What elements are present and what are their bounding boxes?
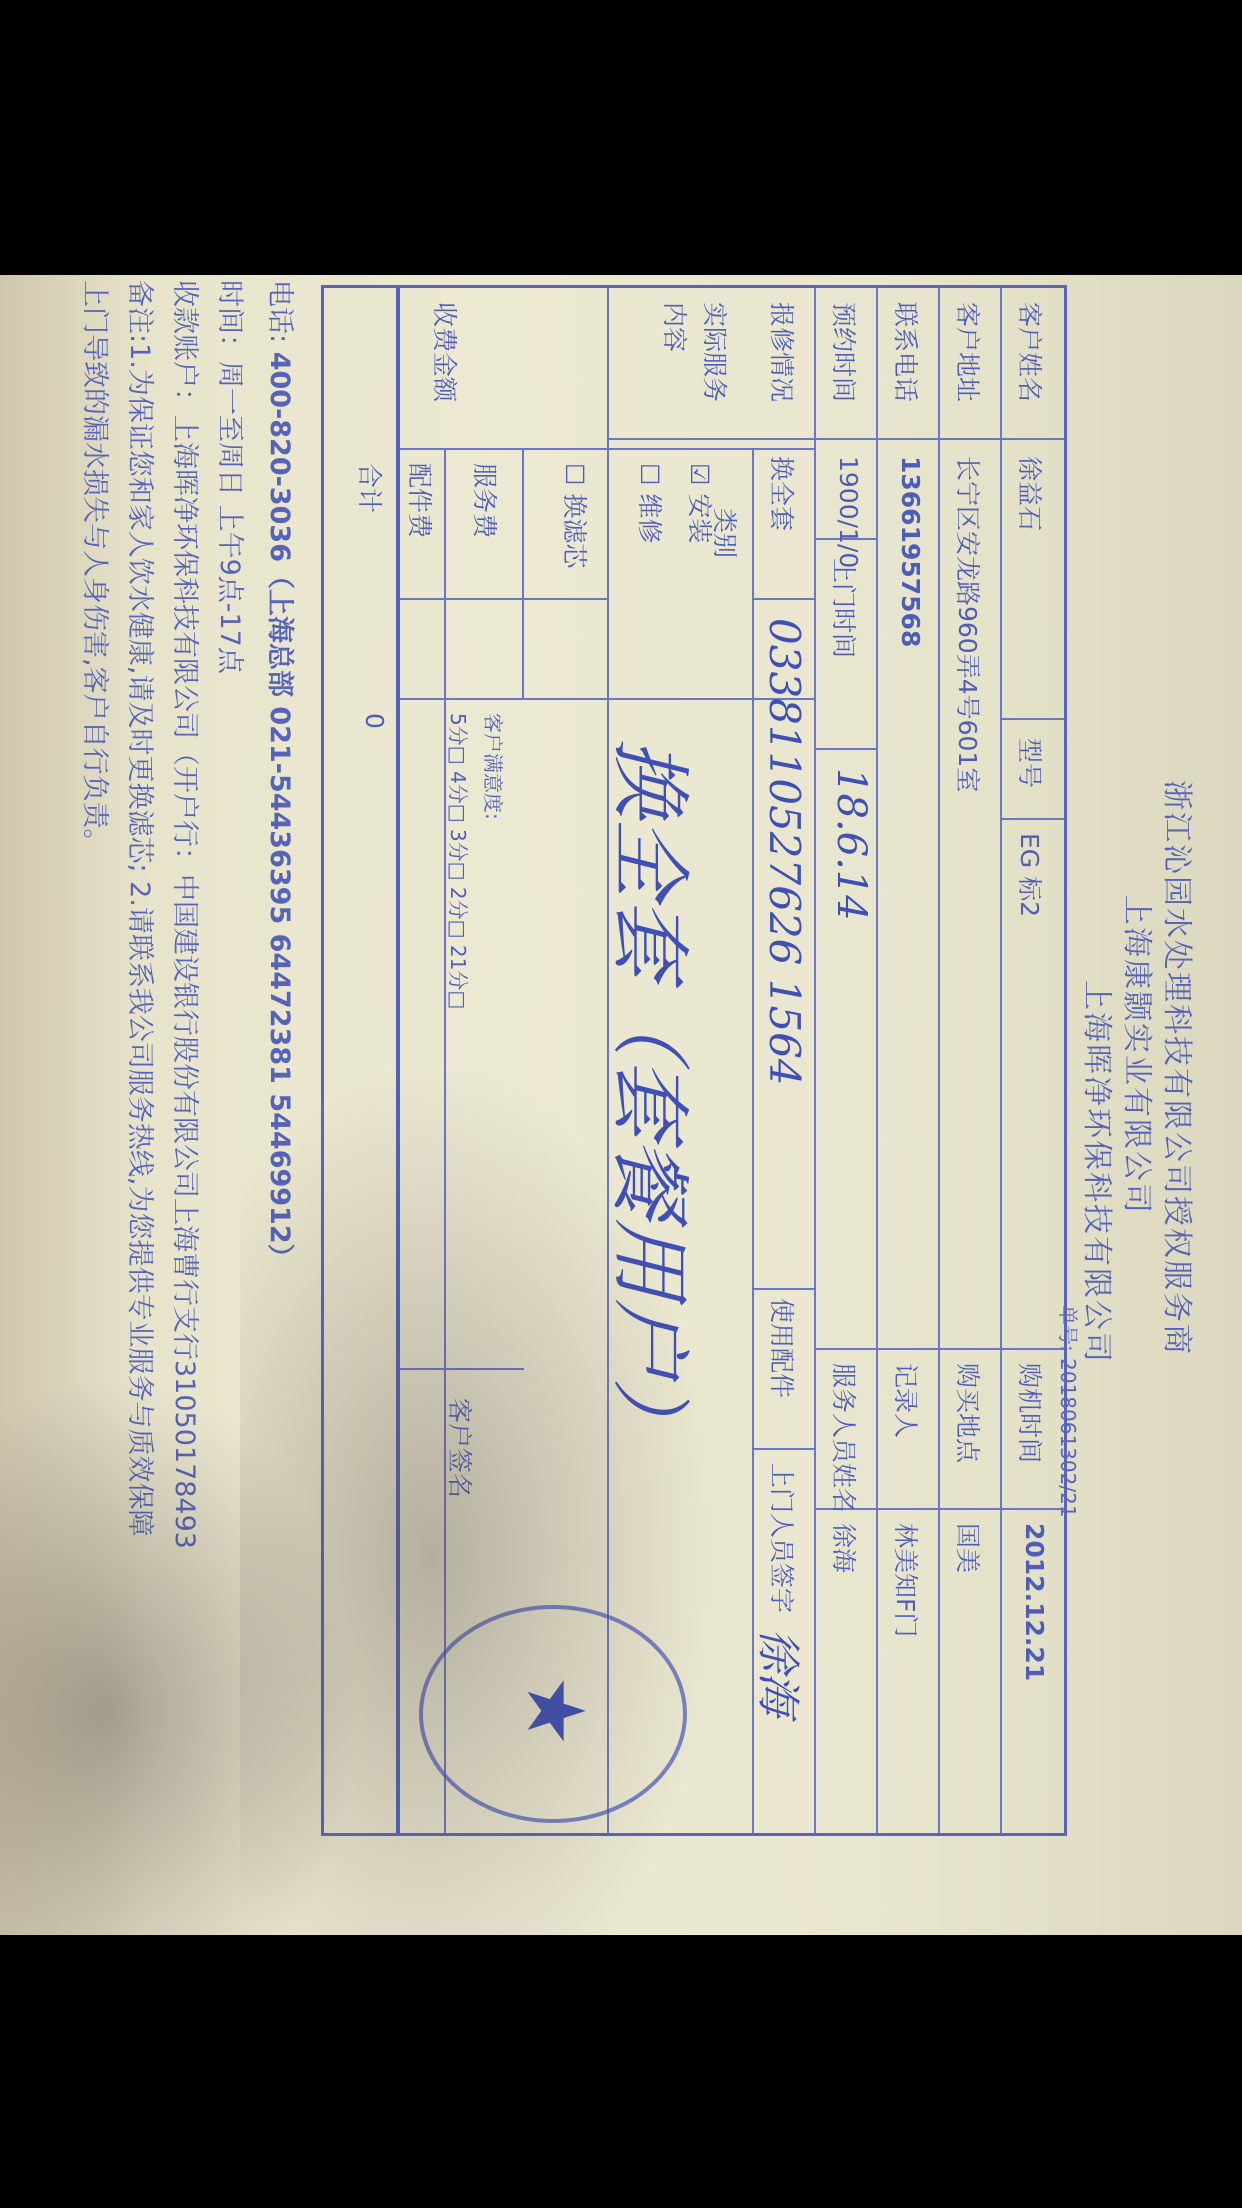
option-install: ☑ 安装	[683, 463, 719, 543]
appointment-label: 预约时间	[827, 302, 863, 402]
col-divider	[400, 698, 816, 700]
col-divider	[400, 1368, 524, 1370]
charge-label: 收费金额	[428, 302, 464, 402]
customer-name-label: 客户姓名	[1013, 302, 1049, 402]
visitor-sign-label: 上门人员签字	[765, 1463, 801, 1613]
document-photo: 浙江沁园水处理科技有限公司授权服务商 上海康颢实业有限公司 上海晖净环保科技有限…	[0, 275, 1242, 1935]
row-divider	[444, 448, 446, 1833]
parts-fee-label: 配件费	[403, 463, 439, 538]
purchase-time-value: 2012.12.21	[1020, 1523, 1049, 1681]
row-divider	[522, 448, 524, 698]
model-label: 型号	[1013, 738, 1049, 788]
col-divider	[816, 748, 878, 750]
seal-star-icon: ★	[509, 1675, 602, 1747]
col-divider	[1002, 818, 1064, 820]
note-line-2: 上门导致的漏水损失与人身伤害,客户自行负责。	[78, 280, 117, 856]
parts-used-label: 使用配件	[765, 1298, 801, 1398]
satisfaction-label: 客户满意度:	[480, 713, 509, 820]
hotline-label: 电话:	[264, 280, 295, 343]
service-form-table: 客户姓名 徐益石 型号 EG 标2 购机时间 2012.12.21 客户地址 长…	[321, 285, 1067, 1836]
hotline-line: 电话: 400-820-3036（上海总部 021-54436395 64472…	[263, 280, 302, 1271]
form-bottom-rule	[396, 288, 400, 1833]
bank-account-line: 收款账户：上海晖净环保科技有限公司（开户行：中国建设银行股份有限公司上海曹行支行…	[168, 280, 207, 1549]
phone-label: 联系电话	[889, 302, 925, 402]
service-fee-label: 服务费	[468, 463, 504, 538]
row-divider	[938, 288, 940, 1833]
service-form-sheet: 浙江沁园水处理科技有限公司授权服务商 上海康颢实业有限公司 上海晖净环保科技有限…	[0, 275, 1242, 1935]
visit-time-label: 上门时间	[827, 558, 863, 658]
customer-name-value: 徐益石	[1013, 456, 1049, 531]
model-value: EG 标2	[1013, 833, 1049, 917]
hotline-value: 400-820-3036（上海总部 021-54436395 64472381 …	[264, 352, 295, 1271]
option-filter-label: 换滤芯	[560, 493, 589, 568]
visit-time-value: 18.6.14	[828, 768, 874, 921]
col-divider	[400, 598, 609, 600]
staff-name-label: 服务人员姓名	[827, 1363, 863, 1513]
purchase-time-label: 购机时间	[1013, 1363, 1049, 1463]
row-divider	[876, 288, 878, 1833]
note-line-1: 备注:1.为保证您和家人饮水健康,请及时更换滤芯; 2.请联系我公司服务热线,为…	[123, 280, 162, 1536]
handwritten-service-note: 换全套（套餐用户）	[599, 738, 714, 1458]
col-divider	[1002, 718, 1064, 720]
phone-value: 13661957568	[896, 456, 925, 647]
black-letterbox-bottom	[0, 1935, 1242, 2208]
col-divider	[754, 1288, 816, 1290]
address-label: 客户地址	[951, 302, 987, 402]
option-repair-label: 维修	[635, 493, 664, 543]
product-code-value: 0338110527626 1564	[760, 618, 809, 1086]
recorder-label: 记录人	[889, 1363, 925, 1438]
customer-sign-label: 客户签名	[443, 1398, 479, 1498]
repair-status-label: 报修情况	[765, 302, 801, 402]
header-company-1: 上海康颢实业有限公司	[1118, 895, 1162, 1215]
actual-service-label: 实际服务内容	[654, 302, 734, 422]
col-divider	[400, 448, 816, 450]
col-divider	[754, 1448, 816, 1450]
total-value: 0	[360, 713, 389, 729]
row-divider	[814, 288, 816, 1833]
purchase-place-label: 购买地点	[951, 1363, 987, 1463]
staff-name-value: 徐海	[827, 1523, 863, 1573]
row-divider	[1000, 288, 1002, 1833]
header-authorized-dealer: 浙江沁园水处理科技有限公司授权服务商	[1158, 780, 1202, 1356]
col-divider	[609, 438, 1064, 440]
col-divider	[754, 598, 816, 600]
total-label: 合计	[353, 463, 389, 513]
option-repair: ☐ 维修	[633, 463, 669, 543]
visitor-signature: 徐海	[750, 1628, 814, 1716]
satisfaction-options: 5分□ 4分□ 3分□ 2分□ 21分□	[445, 713, 474, 1009]
appointment-value: 1900/1/0	[834, 456, 863, 568]
black-letterbox-top	[0, 0, 1242, 275]
option-install-label: 安装	[685, 493, 714, 543]
col-divider	[816, 1348, 1064, 1350]
row-divider	[752, 448, 754, 1833]
service-hours: 时间：周一至周日 上午9点-17点	[213, 280, 252, 674]
header-company-2: 上海晖净环保科技有限公司	[1078, 980, 1122, 1364]
repair-status-value: 换全套	[765, 456, 801, 531]
address-value: 长宁区安龙路960弄4号601室	[951, 456, 987, 792]
purchase-place-value: 国美	[951, 1523, 987, 1573]
recorder-value: 林美知F门	[889, 1523, 925, 1637]
option-filter: ☐ 换滤芯	[558, 463, 594, 568]
